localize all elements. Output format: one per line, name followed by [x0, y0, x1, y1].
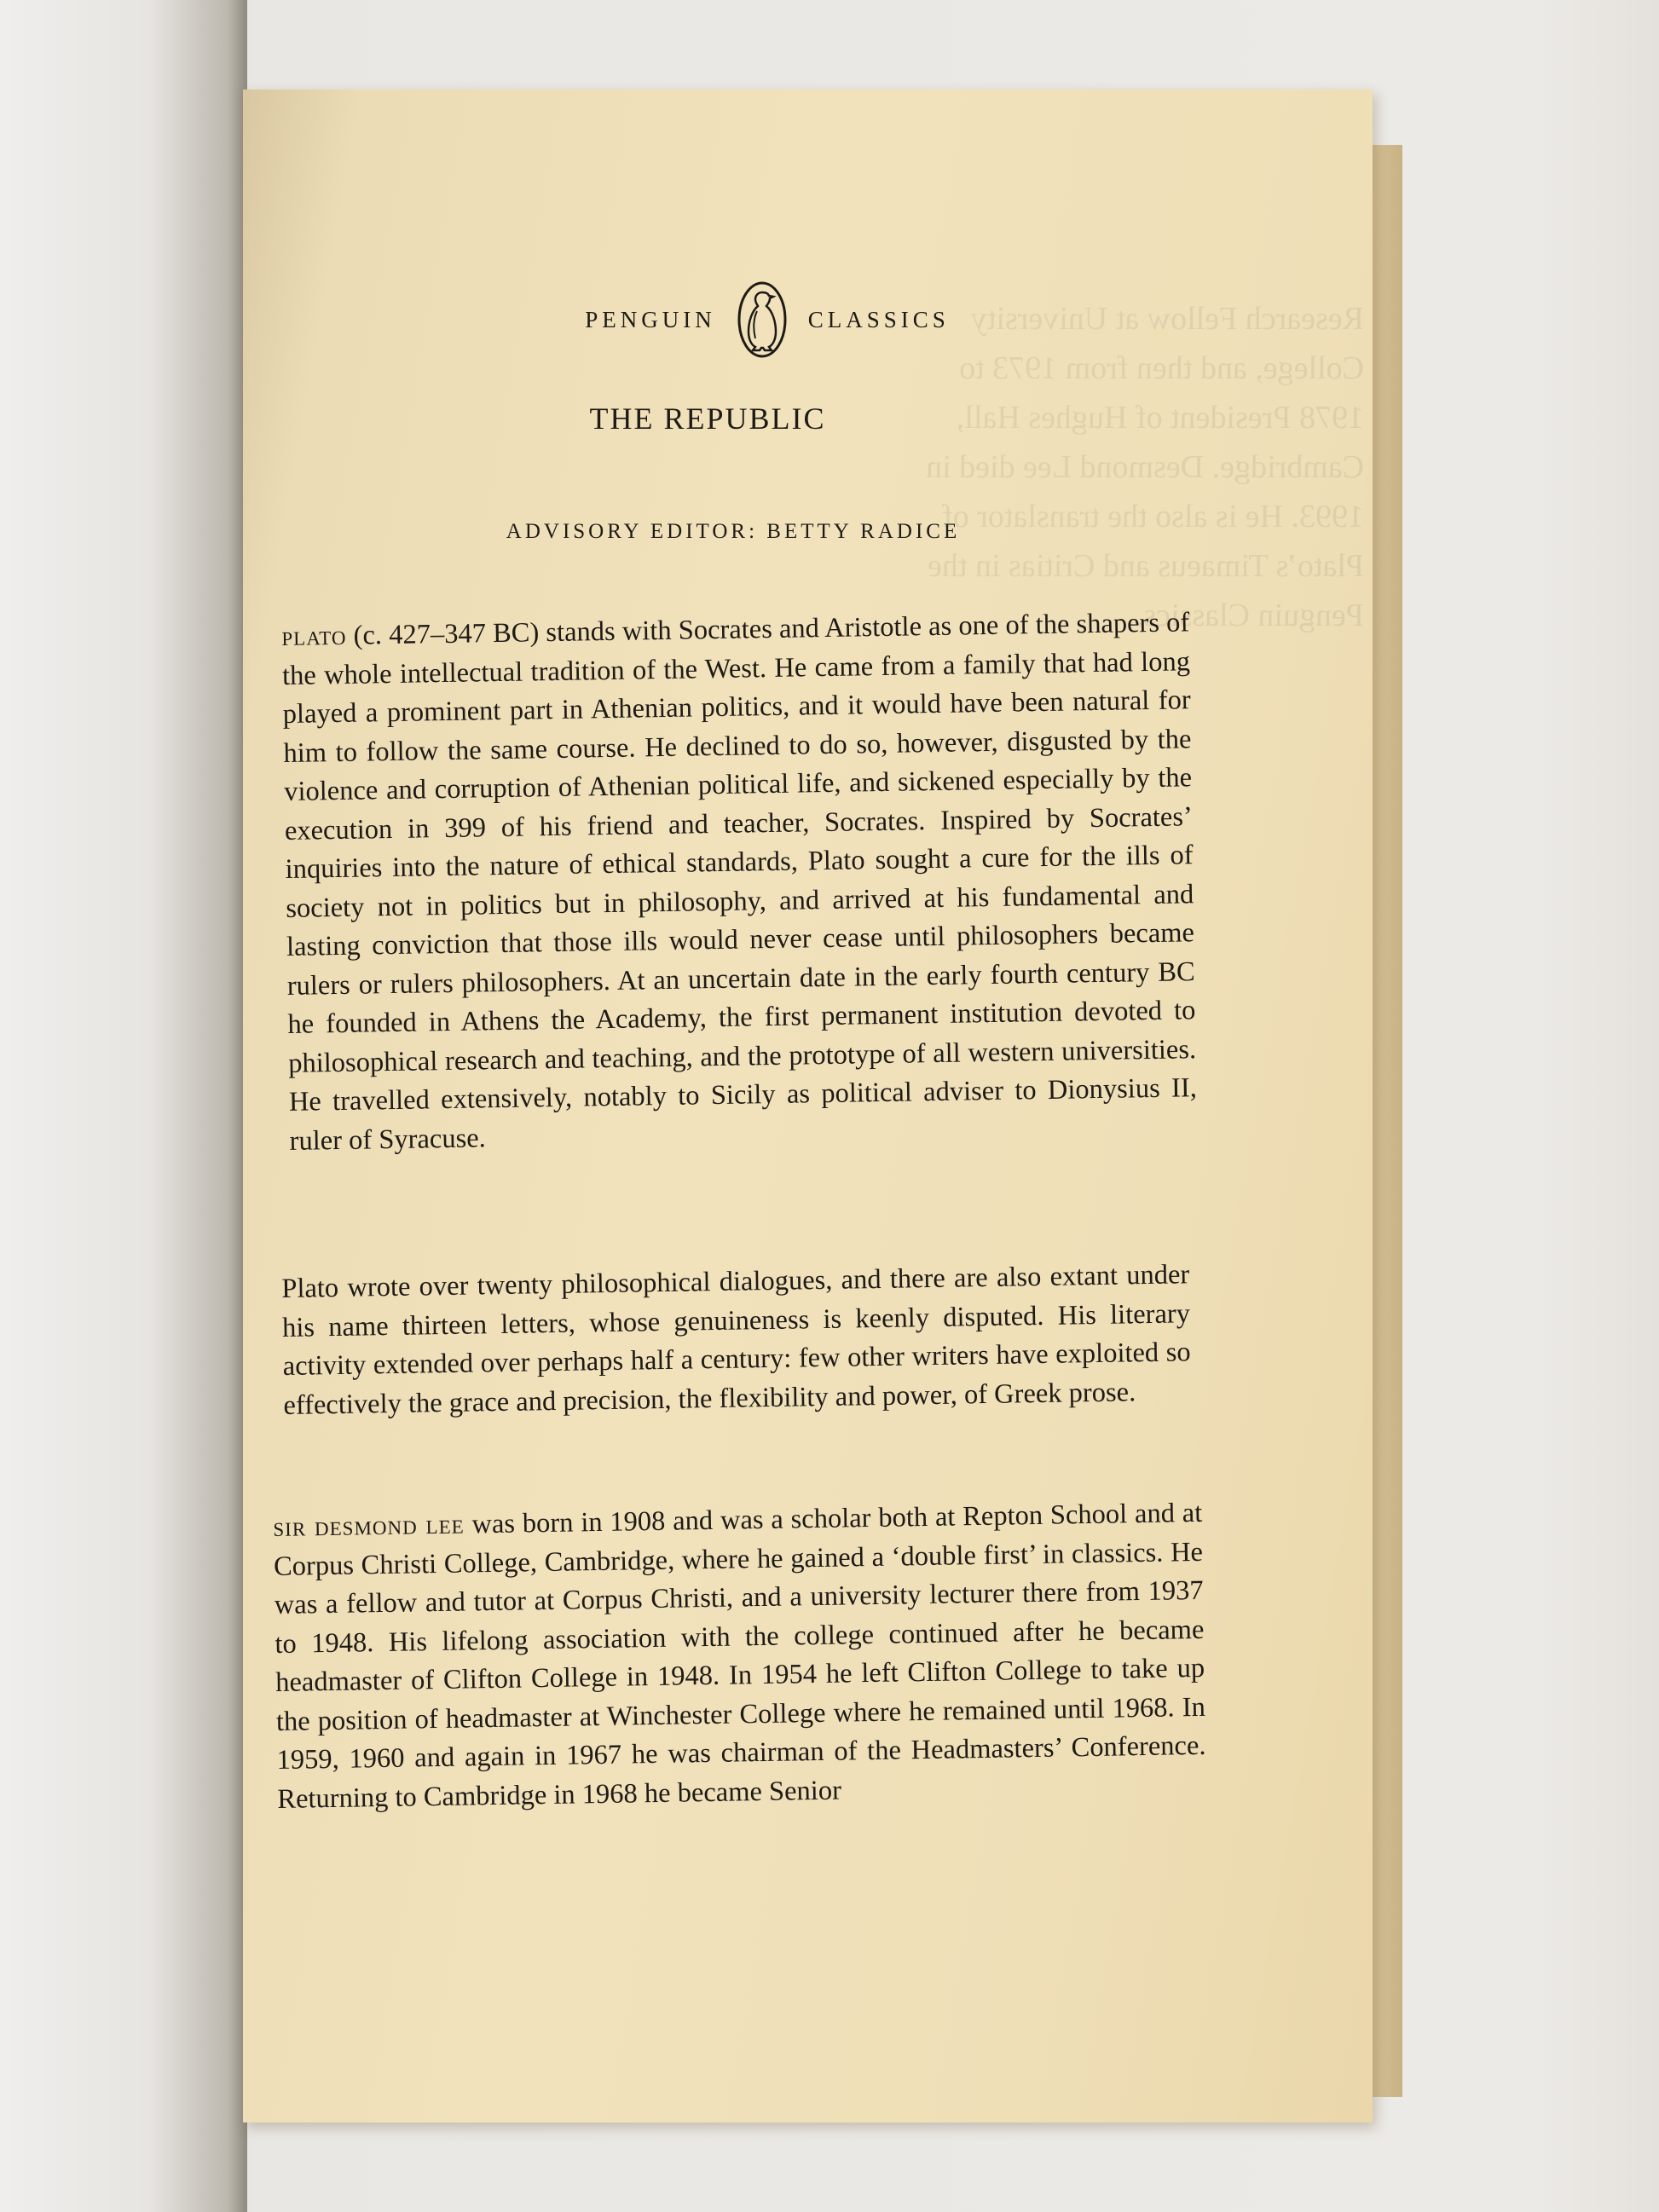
page-stack-edge: [1368, 145, 1402, 2097]
translator-biography: Sir Desmond Lee was born in 1908 and was…: [273, 1494, 1207, 1819]
publisher-imprint: PENGUIN CLASSICS: [529, 273, 1006, 367]
penguin-logo-icon: [737, 280, 788, 359]
plato-works-text: Plato wrote over twenty philosophical di…: [281, 1256, 1192, 1425]
plato-works-paragraph: Plato wrote over twenty philosophical di…: [281, 1256, 1192, 1425]
imprint-penguin: PENGUIN: [585, 307, 716, 333]
plato-bio-text: (c. 427–347 BC) stands with Socrates and…: [282, 607, 1197, 1156]
translator-name: Sir Desmond Lee: [273, 1509, 465, 1543]
book-title: THE REPUBLIC: [477, 401, 938, 436]
plato-biography: Plato (c. 427–347 BC) stands with Socrat…: [281, 604, 1198, 1161]
imprint-classics: CLASSICS: [808, 307, 950, 333]
facing-page: [0, 0, 247, 2212]
translator-bio-text: was born in 1908 and was a scholar both …: [274, 1498, 1206, 1815]
advisory-editor: ADVISORY EDITOR: BETTY RADICE: [443, 520, 1023, 544]
author-name: Plato: [281, 621, 347, 652]
